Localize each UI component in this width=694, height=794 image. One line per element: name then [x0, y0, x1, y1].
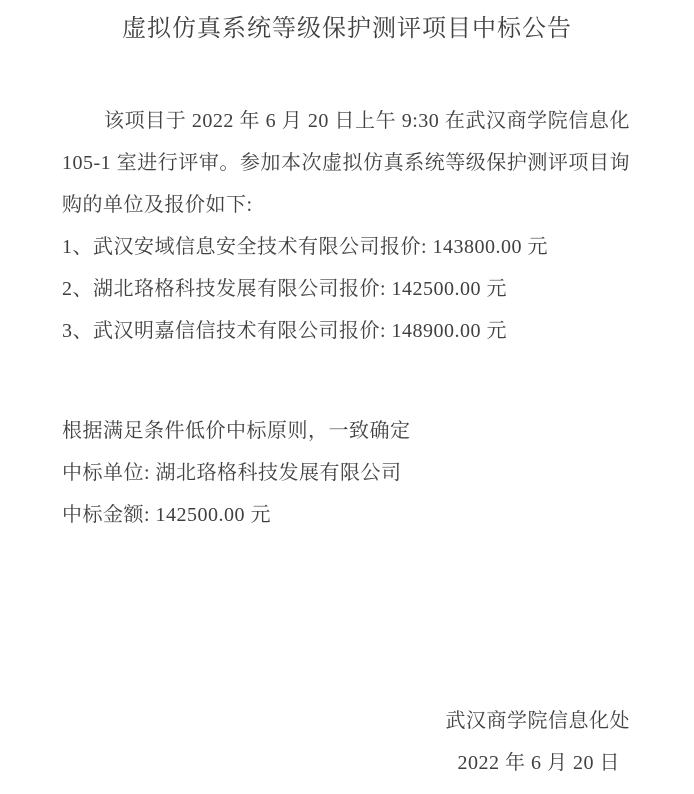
intro-line-1: 该项目于 2022 年 6 月 20 日上午 9:30 在武汉商学院信息化处 [62, 100, 630, 142]
page-title: 虚拟仿真系统等级保护测评项目中标公告 [0, 12, 694, 46]
bid-item-2: 2、湖北珞格科技发展有限公司报价: 142500.00 元 [62, 268, 630, 310]
signature-section: 武汉商学院信息化处 2022 年 6 月 20 日 [62, 700, 630, 784]
decision-principle-line: 根据满足条件低价中标原则，一致确定 [62, 410, 630, 452]
winner-amount-line: 中标金额: 142500.00 元 [62, 494, 630, 536]
intro-line-3: 购的单位及报价如下: [62, 184, 630, 226]
signature-date: 2022 年 6 月 20 日 [62, 742, 630, 784]
bid-item-1: 1、武汉安域信息安全技术有限公司报价: 143800.00 元 [62, 226, 630, 268]
award-decision-section: 根据满足条件低价中标原则，一致确定 中标单位: 湖北珞格科技发展有限公司 中标金… [62, 410, 630, 536]
signature-org: 武汉商学院信息化处 [62, 700, 630, 742]
bid-item-3: 3、武汉明嘉信信技术有限公司报价: 148900.00 元 [62, 310, 630, 352]
announcement-page: 虚拟仿真系统等级保护测评项目中标公告 该项目于 2022 年 6 月 20 日上… [0, 0, 694, 794]
intro-and-bids-section: 该项目于 2022 年 6 月 20 日上午 9:30 在武汉商学院信息化处 1… [62, 100, 630, 352]
winner-name-line: 中标单位: 湖北珞格科技发展有限公司 [62, 452, 630, 494]
intro-line-2: 105-1 室进行评审。参加本次虚拟仿真系统等级保护测评项目询价采 [62, 142, 630, 184]
